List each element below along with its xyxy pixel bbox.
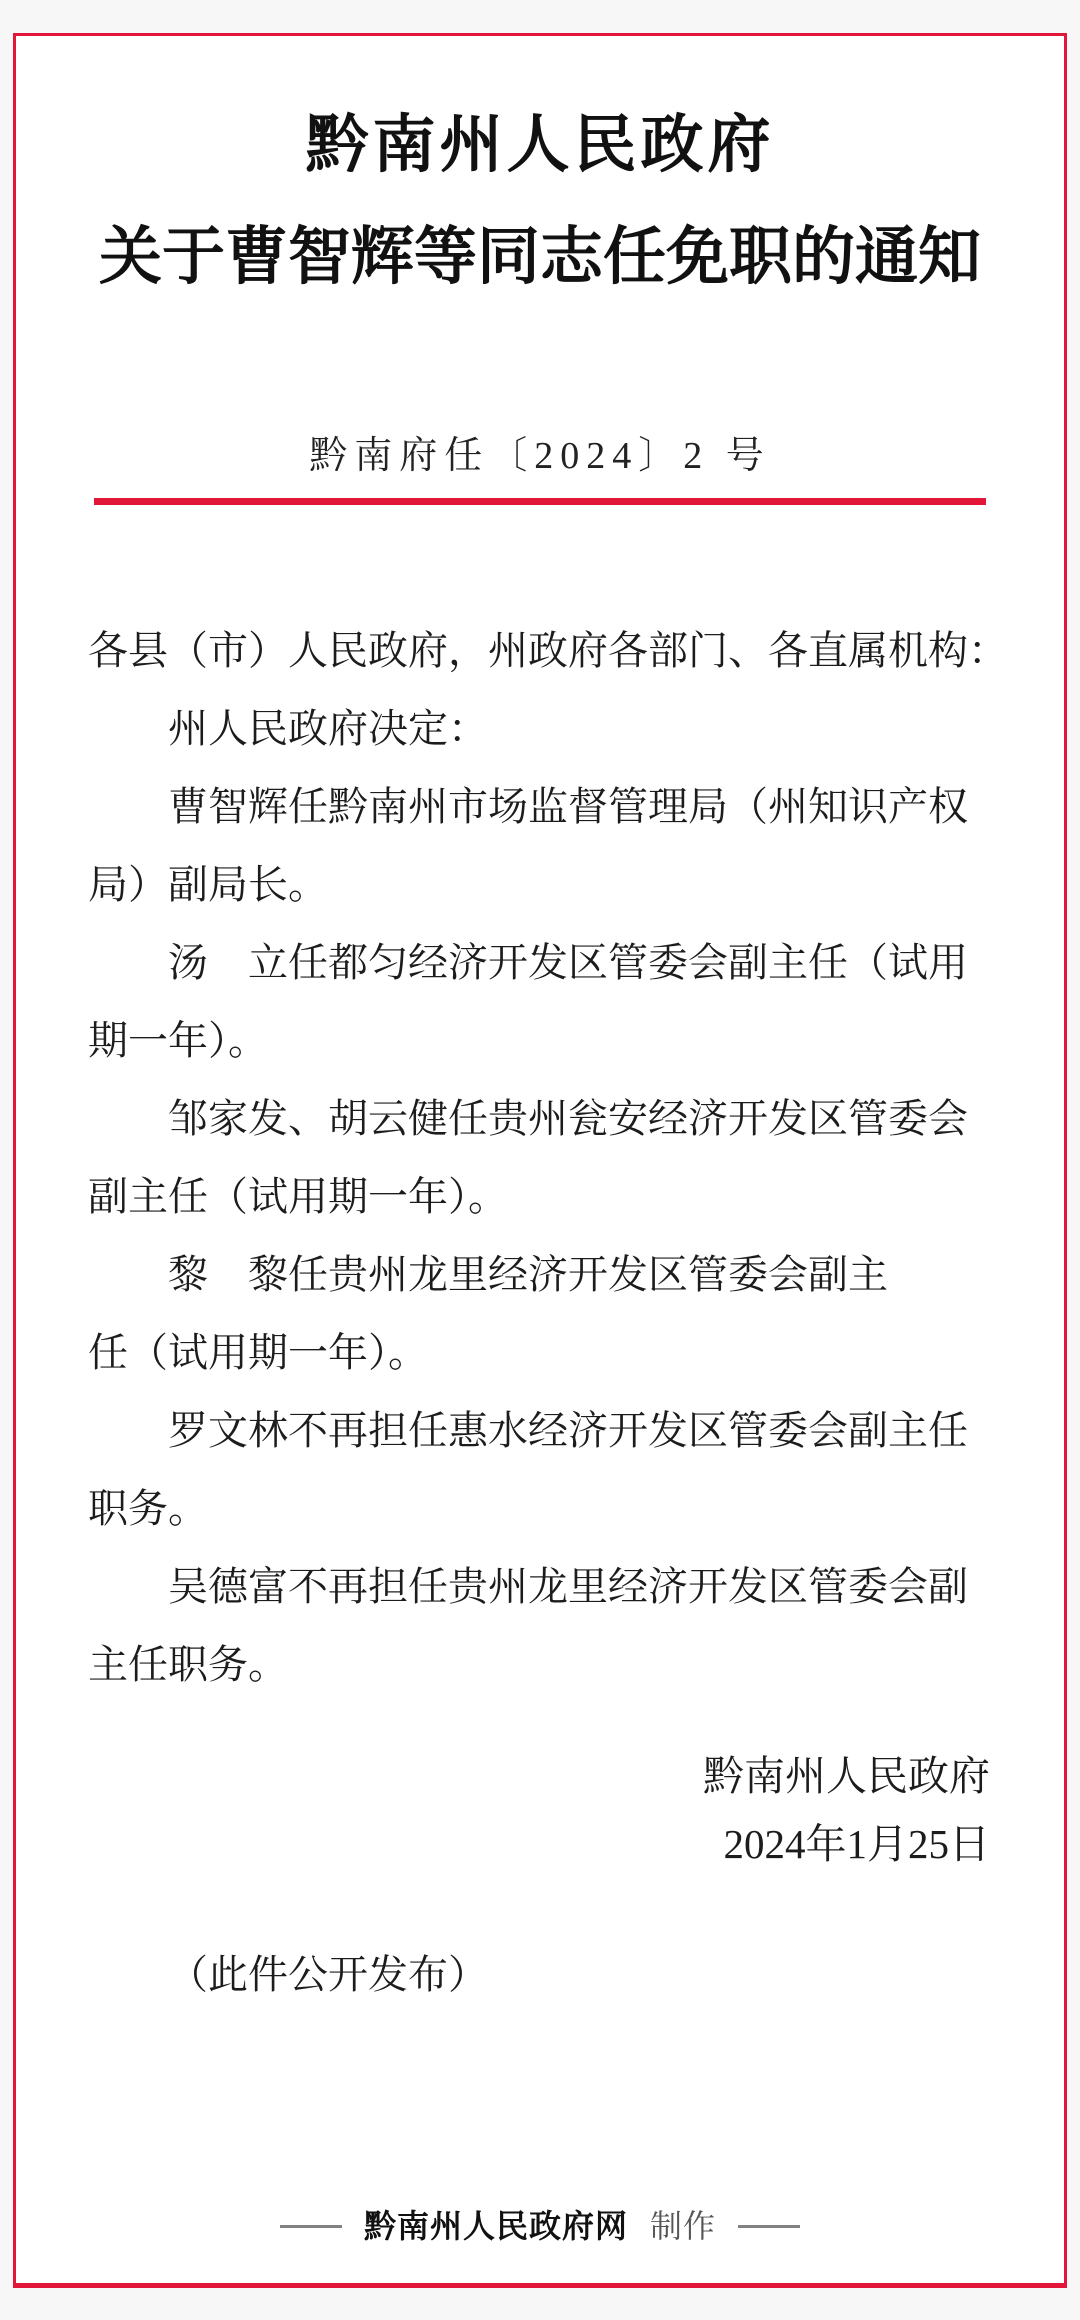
salutation-line: 各县（市）人民政府，州政府各部门、各直属机构： (88, 612, 1024, 690)
body-paragraph-decision: 州人民政府决定： (88, 690, 1024, 768)
document-number: 黔南府任〔2024〕2 号 (16, 432, 1064, 480)
document-title-line2: 关于曹智辉等同志任免职的通知 (16, 220, 1064, 294)
footer: 黔南州人民政府网 制作 (16, 2204, 1064, 2248)
body-paragraph-removal-1: 罗文林不再担任惠水经济开发区管委会副主任 职务。 (88, 1392, 1024, 1548)
document-body: 各县（市）人民政府，州政府各部门、各直属机构： 州人民政府决定： 曹智辉任黔南州… (88, 612, 1024, 1704)
body-paragraph-removal-2: 吴德富不再担任贵州龙里经济开发区管委会副 主任职务。 (88, 1548, 1024, 1704)
footer-right-dash-icon (738, 2225, 800, 2228)
red-divider-line (94, 498, 986, 505)
notice-page: 黔南州人民政府 关于曹智辉等同志任免职的通知 黔南府任〔2024〕2 号 各县（… (0, 0, 1080, 2320)
body-paragraph-appointment-3: 邹家发、胡云健任贵州瓮安经济开发区管委会 副主任（试用期一年）。 (88, 1080, 1024, 1236)
footer-made-by-label: 制作 (650, 2204, 716, 2248)
document-title-line1: 黔南州人民政府 (16, 108, 1064, 182)
document-frame: 黔南州人民政府 关于曹智辉等同志任免职的通知 黔南府任〔2024〕2 号 各县（… (13, 33, 1067, 2288)
signature-block: 黔南州人民政府 2024年1月25日 (16, 1742, 990, 1878)
footer-left-dash-icon (280, 2225, 342, 2228)
body-paragraph-appointment-4: 黎 黎任贵州龙里经济开发区管委会副主 任（试用期一年）。 (88, 1236, 1024, 1392)
signature-date: 2024年1月25日 (16, 1810, 990, 1878)
body-paragraph-appointment-1: 曹智辉任黔南州市场监督管理局（州知识产权 局）副局长。 (88, 768, 1024, 924)
publish-note: （此件公开发布） (88, 1950, 1064, 2000)
signature-issuer: 黔南州人民政府 (16, 1742, 990, 1810)
body-paragraph-appointment-2: 汤 立任都匀经济开发区管委会副主任（试用 期一年）。 (88, 924, 1024, 1080)
footer-site-name: 黔南州人民政府网 (364, 2204, 628, 2248)
